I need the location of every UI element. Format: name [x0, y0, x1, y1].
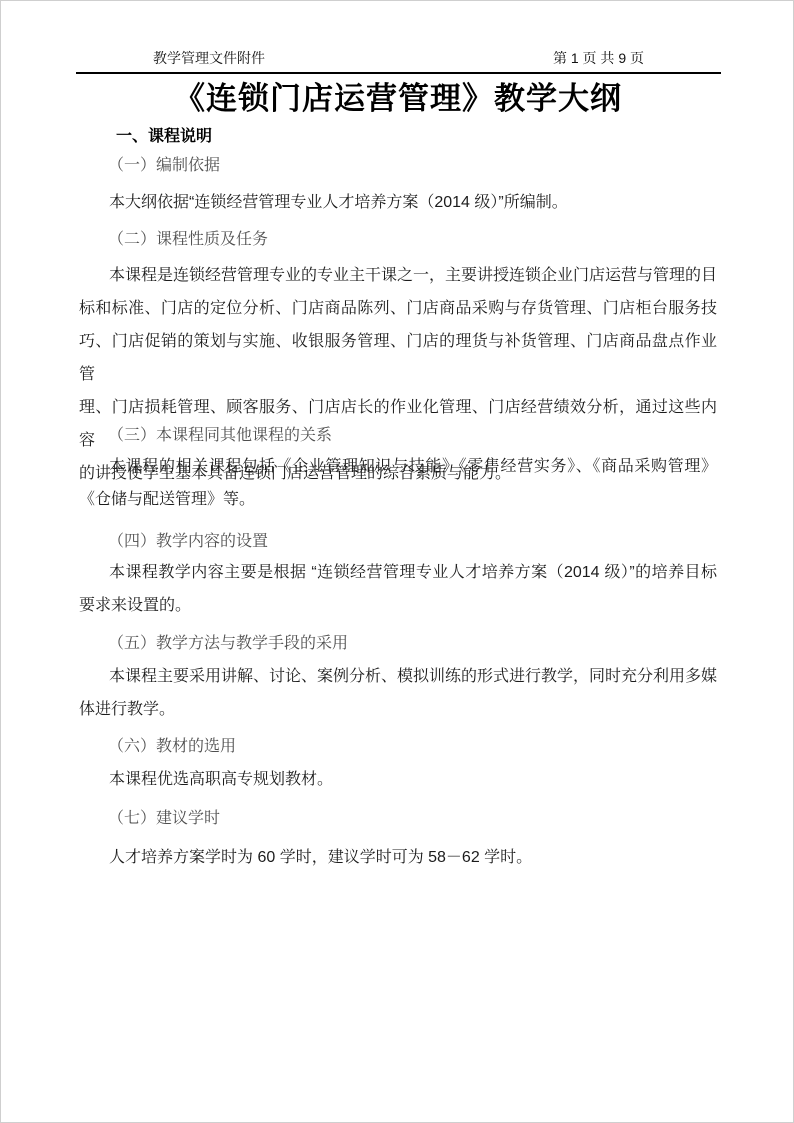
paragraph-line: 要求来设置的。	[79, 589, 717, 622]
paragraph-line: 本课程是连锁经营管理专业的专业主干课之一，主要讲授连锁企业门店运营与管理的目	[79, 259, 717, 292]
paragraph-line: 本课程教学内容主要是根据 “连锁经营管理专业人才培养方案（2014 级）”的培养…	[79, 556, 717, 589]
paragraph-line: 人才培养方案学时为 60 学时，建议学时可为 58－62 学时。	[79, 841, 717, 874]
header-rule	[76, 72, 721, 74]
section-heading-course-description: 一、课程说明	[116, 127, 212, 147]
document-title: 《连锁门店运营管理》教学大纲	[1, 79, 794, 119]
paragraph-3: 本课程的相关课程包括《企业管理知识与技能》《零售经营实务》、《商品采购管理》 《…	[79, 450, 717, 516]
paragraph-6: 本课程优选高职高专规划教材。	[79, 763, 717, 796]
subsection-heading-5: （五）教学方法与教学手段的采用	[108, 634, 348, 654]
paragraph-line: 标和标准、门店的定位分析、门店商品陈列、门店商品采购与存货管理、门店柜台服务技	[79, 292, 717, 325]
subsection-heading-3: （三）本课程同其他课程的关系	[108, 426, 332, 446]
page-header: 教学管理文件附件 第 1 页 共 9 页	[153, 49, 644, 67]
subsection-heading-1: （一）编制依据	[108, 156, 220, 176]
paragraph-line: 本大纲依据“连锁经营管理专业人才培养方案（2014 级）”所编制。	[79, 186, 717, 219]
paragraph-line: 巧、门店促销的策划与实施、收银服务管理、门店的理货与补货管理、门店商品盘点作业管	[79, 325, 717, 391]
paragraph-line: 本课程主要采用讲解、讨论、案例分析、模拟训练的形式进行教学，同时充分利用多媒	[79, 660, 717, 693]
paragraph-1: 本大纲依据“连锁经营管理专业人才培养方案（2014 级）”所编制。	[79, 186, 717, 219]
subsection-heading-4: （四）教学内容的设置	[108, 532, 268, 552]
subsection-heading-6: （六）教材的选用	[108, 737, 236, 757]
paragraph-line: 《仓储与配送管理》等。	[79, 483, 717, 516]
paragraph-line: 本课程优选高职高专规划教材。	[79, 763, 717, 796]
paragraph-4: 本课程教学内容主要是根据 “连锁经营管理专业人才培养方案（2014 级）”的培养…	[79, 556, 717, 622]
paragraph-line: 本课程的相关课程包括《企业管理知识与技能》《零售经营实务》、《商品采购管理》	[79, 450, 717, 483]
paragraph-line: 理、门店损耗管理、顾客服务、门店店长的作业化管理、门店经营绩效分析，通过这些内容	[79, 391, 717, 457]
document-page: 教学管理文件附件 第 1 页 共 9 页 《连锁门店运营管理》教学大纲 一、课程…	[0, 0, 794, 1123]
paragraph-5: 本课程主要采用讲解、讨论、案例分析、模拟训练的形式进行教学，同时充分利用多媒 体…	[79, 660, 717, 726]
header-page-number: 第 1 页 共 9 页	[553, 49, 644, 67]
subsection-heading-2: （二）课程性质及任务	[108, 230, 268, 250]
header-left-text: 教学管理文件附件	[153, 49, 265, 67]
paragraph-line: 体进行教学。	[79, 693, 717, 726]
subsection-heading-7: （七）建议学时	[108, 809, 220, 829]
paragraph-7: 人才培养方案学时为 60 学时，建议学时可为 58－62 学时。	[79, 841, 717, 874]
